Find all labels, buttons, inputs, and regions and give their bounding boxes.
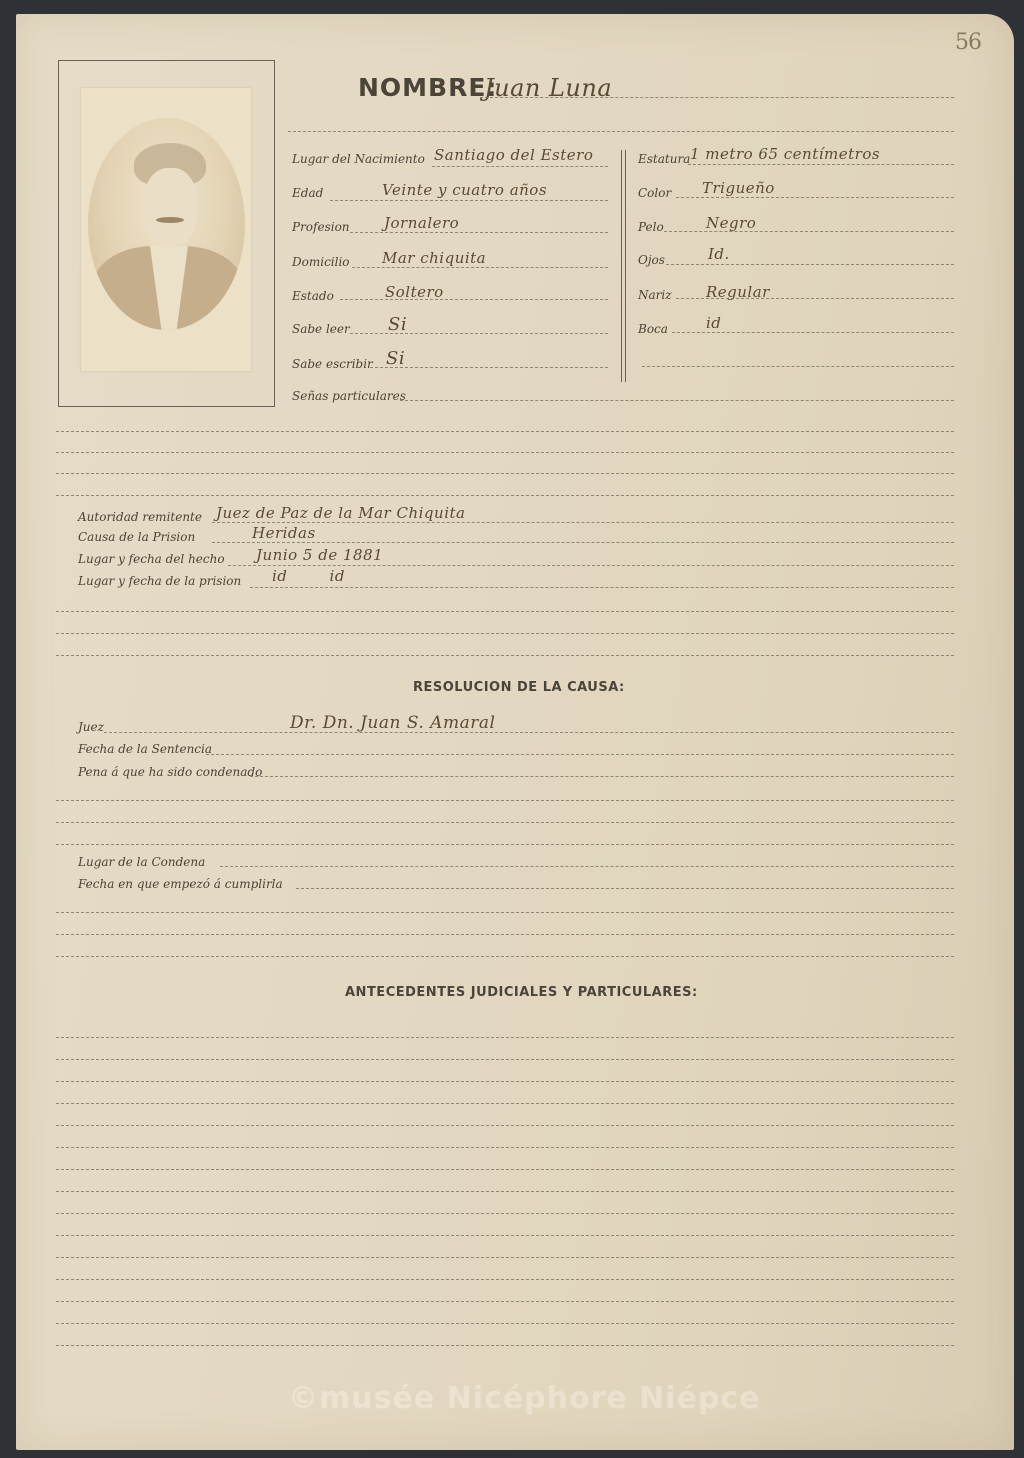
mouth-line (672, 332, 954, 333)
page-number: 56 (955, 30, 981, 55)
incident-label: Lugar y fecha del hecho (78, 552, 225, 566)
penalty-line-3 (56, 844, 954, 845)
eyes-label: Ojos (638, 253, 665, 267)
antecedentes-line (56, 1147, 954, 1148)
color-value[interactable]: Trigueño (702, 179, 775, 197)
imprisonment-label: Lugar y fecha de la prision (78, 574, 241, 588)
condena-line-3 (56, 956, 954, 957)
can-write-line (370, 367, 608, 368)
cause-value[interactable]: Heridas (252, 524, 316, 542)
name-label: NOMBRE: (358, 73, 497, 102)
cause-label: Causa de la Prision (78, 530, 195, 544)
profession-label: Profesion (292, 220, 350, 234)
age-line (330, 200, 608, 201)
can-read-value[interactable]: Si (388, 314, 407, 335)
birthplace-value[interactable]: Santiago del Estero (434, 146, 593, 164)
marks-line-3 (56, 473, 954, 474)
antecedentes-line (56, 1081, 954, 1082)
birthplace-label: Lugar del Nacimiento (292, 152, 425, 166)
distinguishing-marks-line (400, 400, 954, 401)
antecedentes-title: ANTECEDENTES JUDICIALES Y PARTICULARES: (345, 985, 698, 1000)
age-label: Edad (292, 186, 323, 200)
birthplace-line (432, 166, 608, 167)
portrait-moustache (156, 217, 184, 223)
hair-value[interactable]: Negro (706, 214, 756, 232)
penalty-line-2 (56, 822, 954, 823)
antecedentes-line (56, 1125, 954, 1126)
authority-line (212, 522, 954, 523)
sentence-start-label: Fecha en que empezó á cumplirla (78, 877, 283, 891)
height-label: Estatura (638, 152, 690, 166)
marks-line-2 (56, 452, 954, 453)
authority-value[interactable]: Juez de Paz de la Mar Chiquita (216, 504, 465, 522)
portrait-face (143, 168, 198, 246)
can-read-line (350, 333, 608, 334)
museum-watermark: ©musée Nicéphore Niépce (288, 1381, 761, 1416)
incident-value[interactable]: Junio 5 de 1881 (256, 546, 383, 564)
domicile-value[interactable]: Mar chiquita (382, 249, 486, 267)
antecedentes-line (56, 1257, 954, 1258)
domicile-line (352, 267, 608, 268)
eyes-line (666, 264, 954, 265)
sentence-place-label: Lugar de la Condena (78, 855, 205, 869)
antecedentes-line (56, 1279, 954, 1280)
civil-status-label: Estado (292, 289, 334, 303)
color-label: Color (638, 186, 671, 200)
antecedentes-line (56, 1059, 954, 1060)
can-read-label: Sabe leer (292, 322, 350, 336)
can-write-label: Sabe escribir (292, 357, 373, 371)
case-line-2 (56, 633, 954, 634)
mouth-value[interactable]: id (706, 314, 721, 332)
sentence-start-line (296, 888, 954, 889)
antecedentes-line (56, 1213, 954, 1214)
antecedentes-line (56, 1235, 954, 1236)
profession-value[interactable]: Jornalero (384, 214, 459, 232)
case-line-3 (56, 655, 954, 656)
color-line (676, 197, 954, 198)
column-divider (621, 150, 626, 382)
condena-line-1 (56, 912, 954, 913)
sentence-date-line (206, 754, 954, 755)
sentence-date-label: Fecha de la Sentencia (78, 742, 212, 756)
hair-line (664, 231, 954, 232)
resolution-title: RESOLUCION DE LA CAUSA: (413, 680, 625, 695)
authority-label: Autoridad remitente (78, 510, 202, 524)
domicile-label: Domicilio (292, 255, 350, 269)
sentence-place-line (220, 866, 954, 867)
civil-status-line (340, 299, 608, 300)
antecedentes-line (56, 1323, 954, 1324)
portrait-oval (88, 118, 245, 330)
penalty-label: Pena á que ha sido condenado (78, 765, 262, 779)
judge-line (104, 732, 954, 733)
profession-line (350, 232, 608, 233)
judge-value[interactable]: Dr. Dn. Juan S. Amaral (290, 713, 495, 733)
distinguishing-marks-label: Señas particulares (292, 389, 406, 403)
case-line-1 (56, 611, 954, 612)
incident-line (228, 565, 954, 566)
name-line (480, 97, 954, 98)
antecedentes-line (56, 1301, 954, 1302)
height-line (688, 164, 954, 165)
right-blank-line (642, 366, 954, 367)
condena-line-2 (56, 934, 954, 935)
marks-line-4 (56, 495, 954, 496)
separator-line (288, 131, 954, 132)
cause-line (212, 542, 954, 543)
imprisonment-value[interactable]: id id (272, 567, 345, 585)
antecedentes-line (56, 1103, 954, 1104)
penalty-line (250, 776, 954, 777)
mouth-label: Boca (638, 322, 668, 336)
imprisonment-line (250, 587, 954, 588)
eyes-value[interactable]: Id. (708, 245, 730, 263)
penalty-line-1 (56, 800, 954, 801)
judge-label: Juez (78, 720, 104, 734)
age-value[interactable]: Veinte y cuatro años (382, 181, 547, 199)
hair-label: Pelo (638, 220, 664, 234)
antecedentes-line (56, 1169, 954, 1170)
nose-label: Nariz (638, 288, 672, 302)
antecedentes-line (56, 1037, 954, 1038)
portrait-photo (81, 88, 251, 371)
antecedentes-line (56, 1191, 954, 1192)
marks-line-1 (56, 431, 954, 432)
antecedentes-line (56, 1345, 954, 1346)
can-write-value[interactable]: Si (386, 348, 405, 369)
nose-line (676, 298, 954, 299)
height-value[interactable]: 1 metro 65 centímetros (690, 145, 880, 163)
